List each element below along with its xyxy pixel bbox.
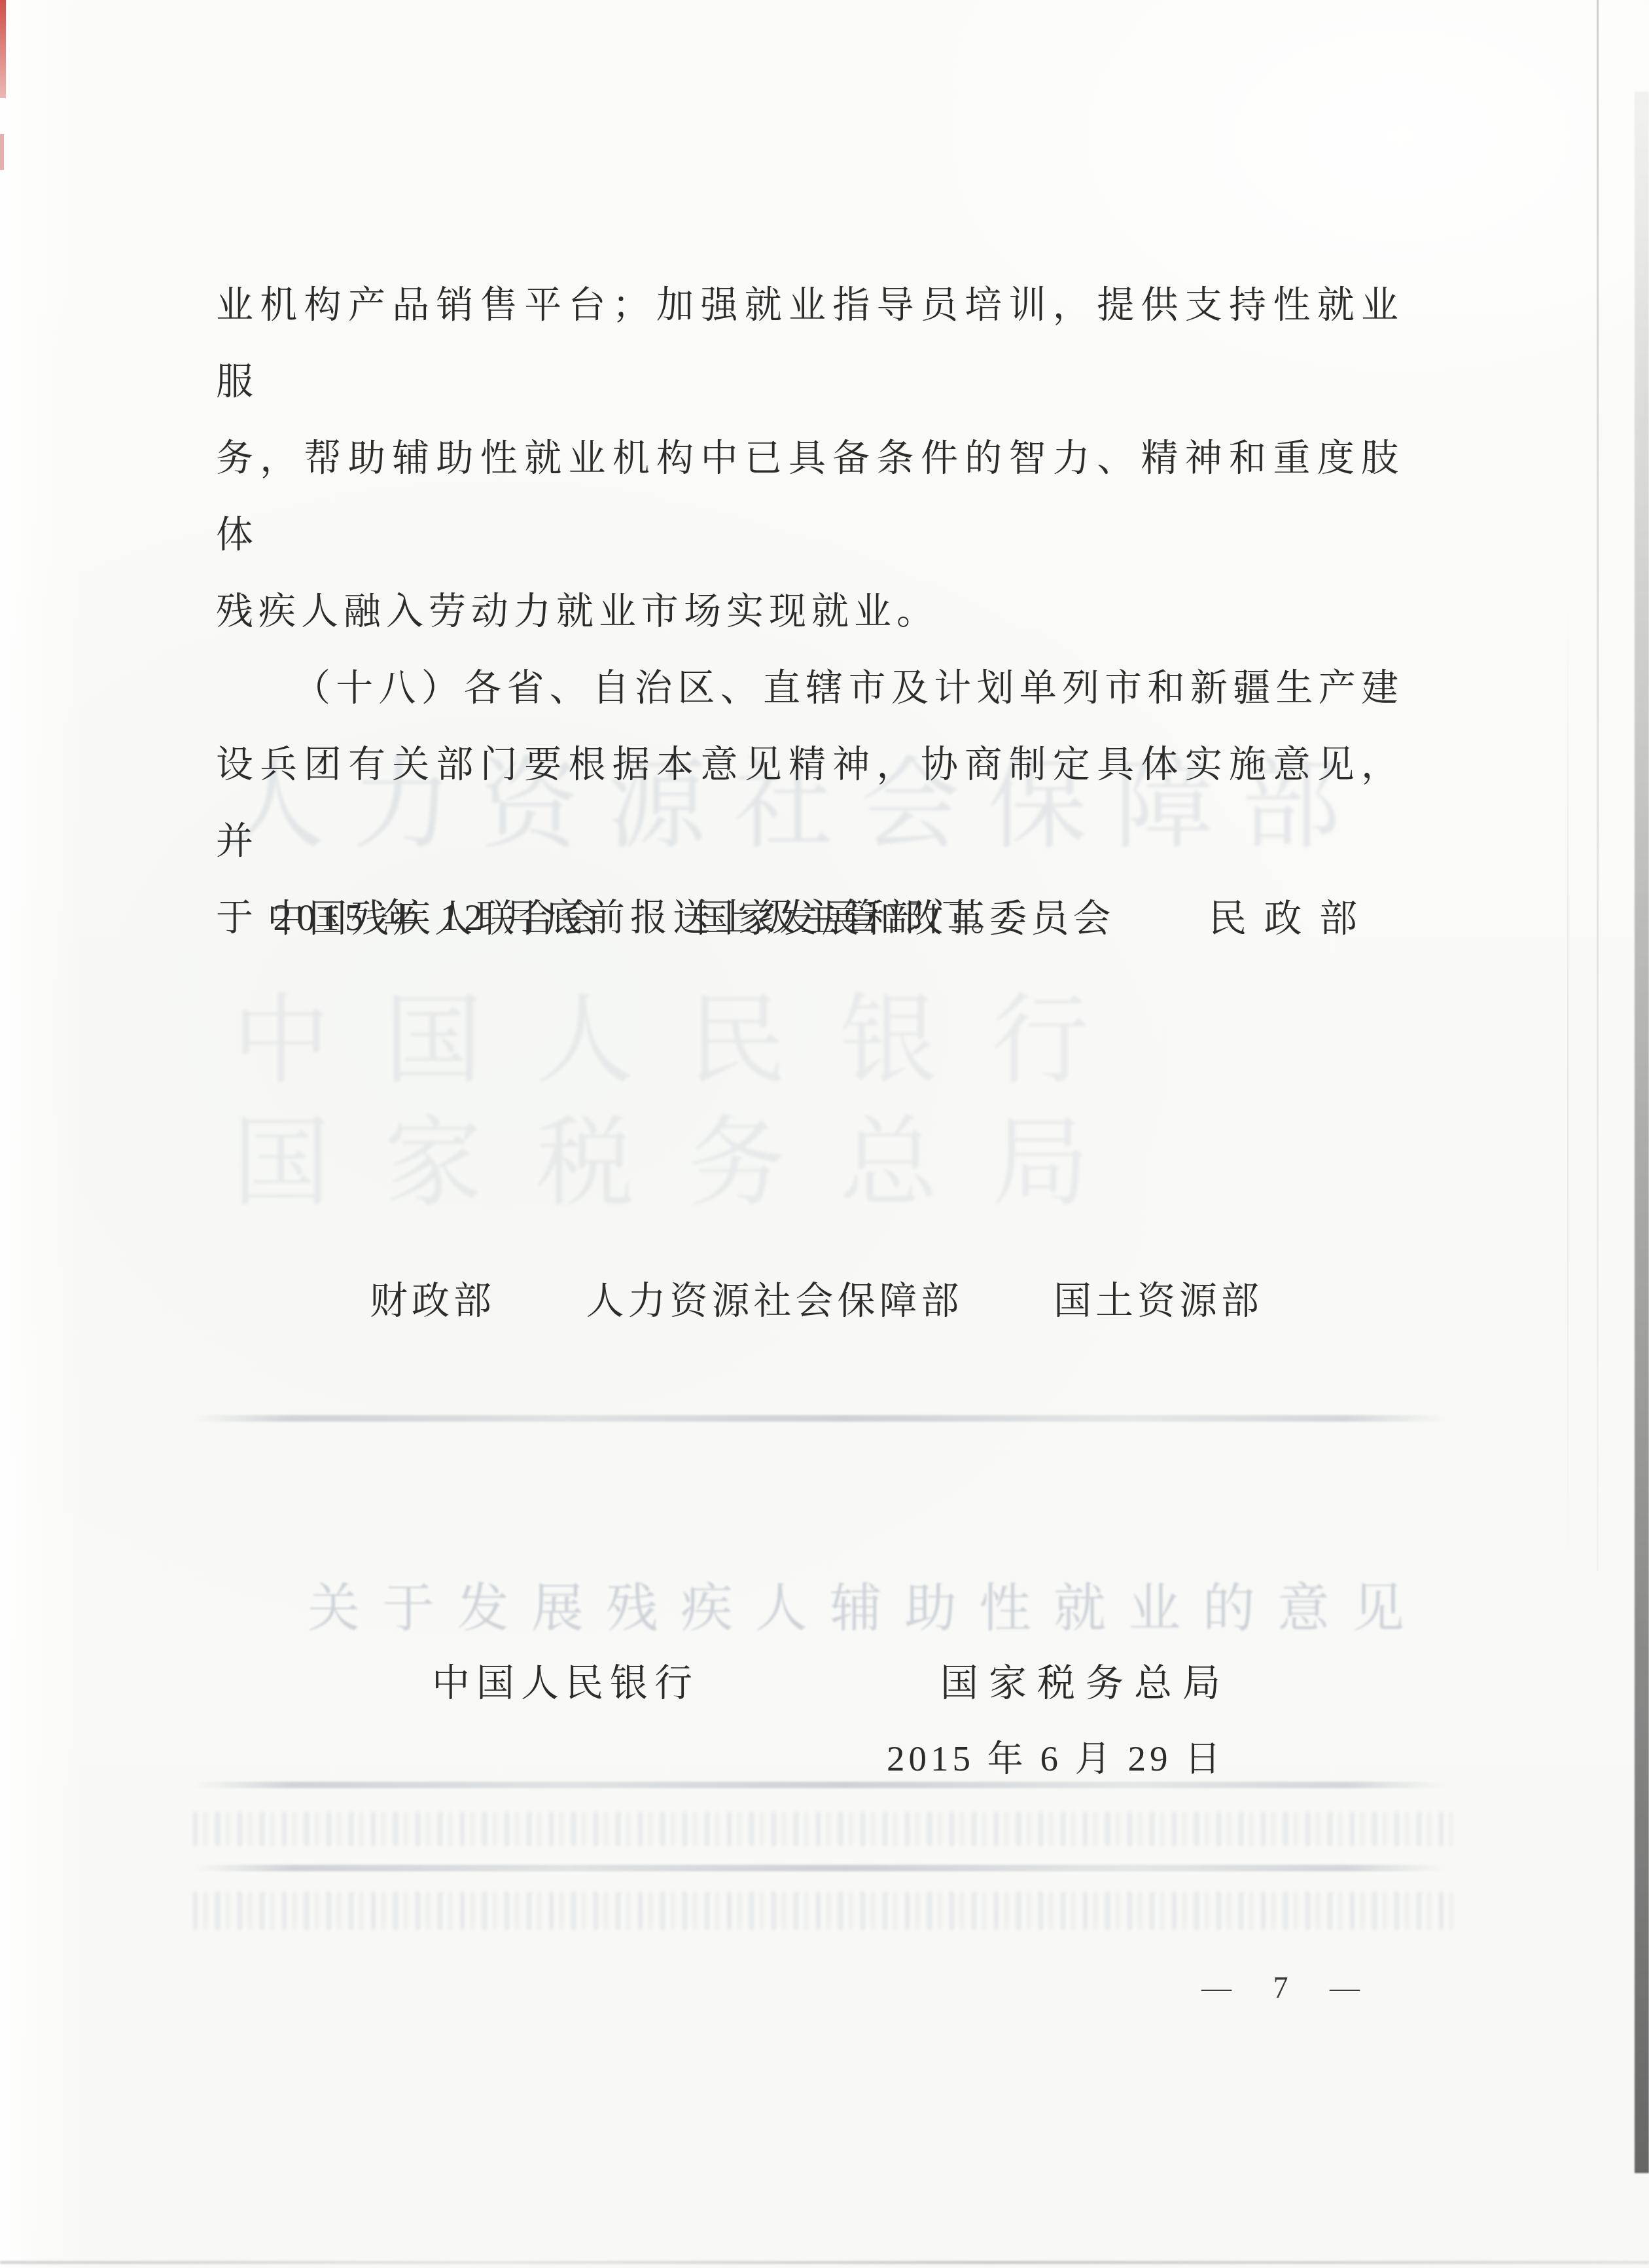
scan-edge-line (1567, 589, 1569, 1571)
scan-smudge-line (193, 1782, 1446, 1788)
body-line: 务，帮助辅助性就业机构中已具备条件的智力、精神和重度肢体 (216, 420, 1404, 573)
bleedthrough-text-tax: 国家税务总局 (232, 1083, 1143, 1225)
red-edge-artifact (0, 134, 4, 170)
bleedthrough-small-text-band (193, 1812, 1453, 1846)
page-number: — 7 — (1201, 1970, 1377, 2005)
signature-row-1: 中国残疾人联合会 国家发展和改革委员会 民 政 部 (267, 888, 1361, 943)
scan-bottom-edge (0, 2261, 1649, 2264)
body-line: （十八）各省、自治区、直辖市及计划单列市和新疆生产建 (216, 650, 1404, 727)
scan-smudge-line (193, 1865, 1446, 1871)
signature-org: 国土资源部 (1054, 1270, 1263, 1325)
scanned-document-page: 人力资源社会保障部 中国人民银行 国家税务总局 关于发展残疾人辅助性就业的意见 … (0, 0, 1649, 2268)
signature-org: 中国人民银行 (432, 1652, 699, 1707)
issue-date: 2015 年 6 月 29 日 (887, 1729, 1224, 1781)
body-line: 设兵团有关部门要根据本意见精神，协商制定具体实施意见，并 (216, 727, 1404, 880)
signature-org: 国家发展和改革委员会 (696, 888, 1114, 943)
scan-edge-line (1597, 0, 1599, 1571)
scan-edge-shadow (1635, 92, 1649, 2173)
body-line: 残疾人融入劳动力就业市场实现就业。 (216, 573, 1404, 650)
body-line: 业机构产品销售平台；加强就业指导员培训，提供支持性就业服 (216, 267, 1404, 420)
bleedthrough-title: 关于发展残疾人辅助性就业的意见 (308, 1566, 1427, 1641)
bleedthrough-text-bank: 中国人民银行 (232, 961, 1143, 1102)
signature-org: 民 政 部 (1209, 888, 1361, 943)
signature-row-2: 财政部 人力资源社会保障部 国土资源部 (370, 1270, 1263, 1325)
bleedthrough-small-text-band (193, 1892, 1453, 1930)
body-paragraph: 业机构产品销售平台；加强就业指导员培训，提供支持性就业服 务，帮助辅助性就业机构… (216, 267, 1404, 956)
signature-org: 财政部 (370, 1270, 495, 1325)
red-edge-artifact (0, 0, 6, 98)
paper-edge-highlight (0, 0, 85, 2268)
scan-smudge-line (193, 1415, 1446, 1422)
signature-org: 国家税务总局 (940, 1652, 1231, 1707)
signature-org: 人力资源社会保障部 (586, 1270, 963, 1325)
signature-org: 中国残疾人联合会 (267, 888, 602, 943)
